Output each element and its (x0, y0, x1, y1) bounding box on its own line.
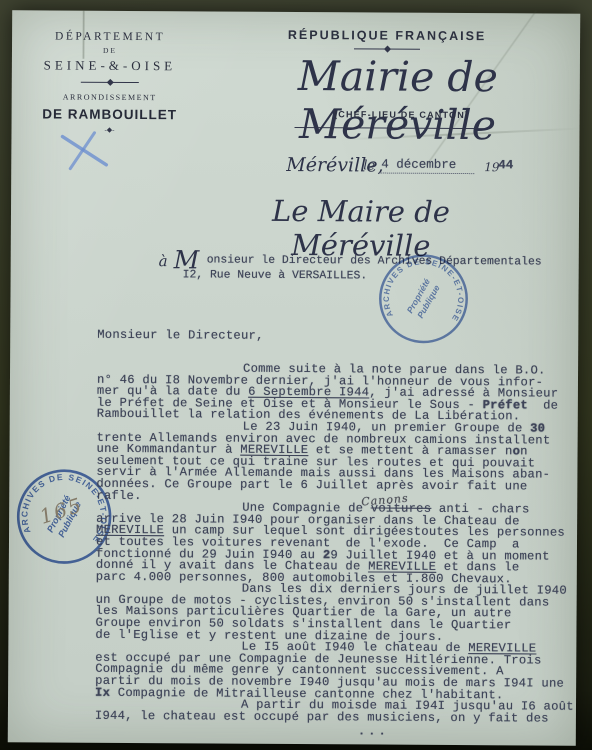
stamp-center-text: Propriété Publique (405, 277, 442, 321)
letterhead-left: DÉPARTEMENT DE SEINE-&-OISE ARRONDISSEME… (25, 30, 194, 134)
seine-oise-label: SEINE-&-OISE (26, 57, 194, 74)
typed-text: de (528, 398, 558, 412)
body-line: I944, le chateau est occupé par des musi… (95, 711, 570, 725)
typed-text: rafle. (96, 488, 141, 502)
recipient-line2: I2, Rue Neuve à VERSAILLES. (183, 269, 368, 282)
chef-lieu-label: (CHEF-LIEU DE CANTON) (317, 109, 487, 120)
republique-label: RÉPUBLIQUE FRANÇAISE (282, 28, 492, 43)
recipient-block: à M onsieur le Directeur des Archives Dé… (11, 244, 579, 297)
le-printed: le (363, 158, 375, 173)
scan-background: DÉPARTEMENT DE SEINE-&-OISE ARRONDISSEME… (0, 0, 592, 750)
paper: DÉPARTEMENT DE SEINE-&-OISE ARRONDISSEME… (8, 10, 580, 745)
ellipsis: ... (358, 727, 570, 740)
filet-ornament-icon (354, 46, 420, 51)
filet-ornament-icon (81, 80, 139, 85)
archives-stamp-right: ARCHIVES DE SEINE-ET-OISE Propriété Publ… (371, 246, 476, 351)
de-label: DE (26, 45, 194, 55)
salutation: Monsieur le Directeur, (97, 328, 263, 343)
date-typed: 4 décembre (378, 158, 474, 175)
typed-text: I944, le chateau est occupé par des musi… (95, 709, 549, 726)
departement-label: DÉPARTEMENT (26, 30, 194, 43)
rambouillet-label: DE RAMBOUILLET (26, 106, 194, 122)
body-lines: Comme suite à la note parue dans le B.O.… (95, 363, 572, 740)
typed-text: Ix (95, 685, 110, 699)
year-typed: 44 (498, 158, 513, 172)
recipient-a: à (159, 252, 168, 270)
dateline: Méréville, le 4 décembre 19 44 (11, 152, 579, 179)
mairie-script-title: Mairie de Méréville (223, 52, 572, 150)
arrondissement-label: ARRONDISSEMENT (26, 92, 194, 102)
